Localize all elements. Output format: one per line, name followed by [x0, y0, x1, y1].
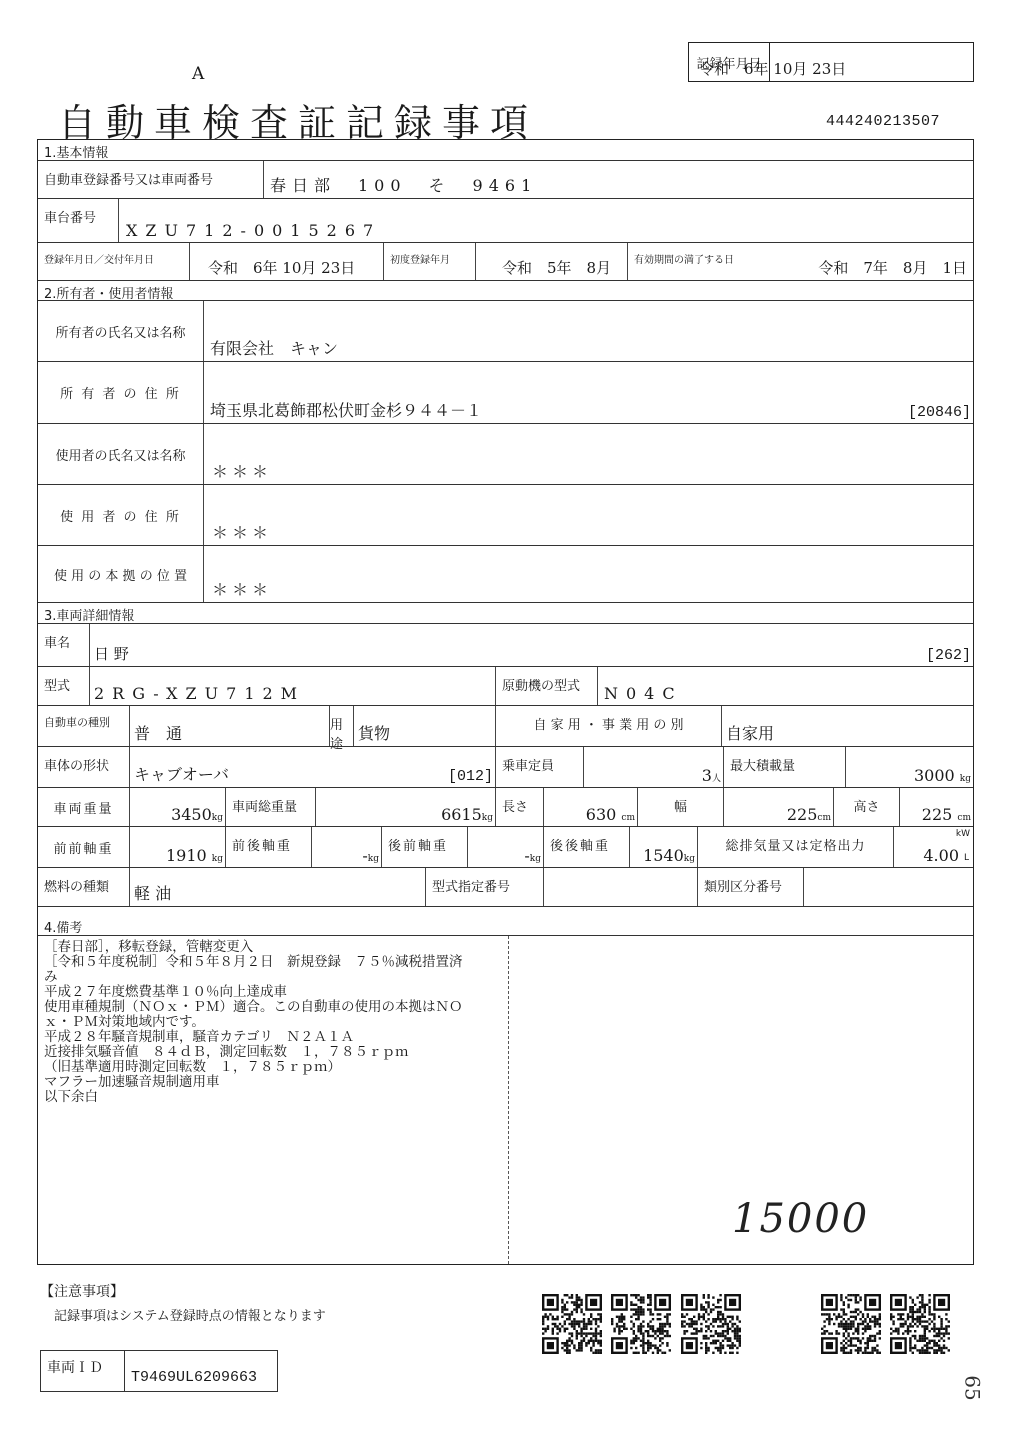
type-designation-cell — [544, 868, 698, 906]
first-registration-label: 初度登録年月 — [384, 243, 476, 280]
length-label: 長さ — [496, 788, 544, 826]
vehicle-name-label: 車名 — [38, 624, 90, 666]
user-name-value: ＊＊＊ — [212, 459, 272, 482]
remark-line: 平成２８年騒音規制車，騒音カテゴリ Ｎ２Ａ１Ａ — [44, 1030, 506, 1045]
purpose-cell: 貨物 — [354, 706, 496, 746]
length-cell: 630 cm — [544, 788, 638, 826]
ff-axle-value: 1910 kg — [166, 846, 223, 865]
dates-row: 登録年月日／交付年月日 令和 6年 10月 23日 初度登録年月 令和 5年 8… — [38, 243, 973, 281]
length-number: 630 — [586, 805, 617, 824]
vehicle-id-box: 車両ＩＤ T9469UL6209663 — [40, 1350, 278, 1392]
fr-axle-value: -kg — [362, 846, 379, 865]
body-shape-code: [012] — [448, 768, 493, 785]
remark-line: 使用車種規制（ＮＯｘ・ＰＭ）適合。この自動車の使用の本拠はＮＯ — [44, 1000, 506, 1015]
qr-code-icon — [890, 1294, 950, 1354]
max-load-value: 3000 kg — [914, 766, 971, 785]
model-label: 型式 — [38, 667, 90, 705]
vehicle-name-row: 車名 日 野 [262] — [38, 624, 973, 667]
gross-weight-cell: 6615kg — [316, 788, 496, 826]
inspection-record-form: 1.基本情報 自動車登録番号又は車両番号 春日部 100 そ 9461 車台番号… — [37, 139, 974, 1265]
owner-address-label: 所 有 者 の 住 所 — [38, 362, 204, 423]
user-address-value: ＊＊＊ — [212, 520, 272, 543]
width-label: 幅 — [638, 788, 724, 826]
section-3-header: 3.車両詳細情報 — [38, 603, 973, 624]
model-value: 2RG-XZU712M — [94, 684, 305, 703]
vehicle-id-value: T9469UL6209663 — [125, 1351, 277, 1391]
max-load-unit: kg — [960, 774, 971, 784]
gross-weight-value: 6615kg — [441, 805, 493, 824]
handwritten-price-note: 15000 — [732, 1196, 869, 1242]
expiry-label: 有効期間の満了する日 — [628, 243, 778, 280]
vehicle-weight-cell: 3450kg — [130, 788, 226, 826]
owner-address-row: 所 有 者 の 住 所 埼玉県北葛飾郡松伏町金杉９４４－１ [20846] — [38, 362, 973, 424]
height-value: 225 cm — [922, 805, 971, 824]
rr-axle-cell: 1540kg — [630, 827, 698, 867]
model-row: 型式 2RG-XZU712M 原動機の型式 N04C — [38, 667, 973, 706]
remark-line: み — [44, 970, 506, 985]
body-shape-cell: キャブオーバ [012] — [130, 747, 496, 787]
width-value: 225cm — [787, 805, 831, 824]
remark-line: （旧基準適用時測定回転数 １，７８５ｒｐｍ） — [44, 1060, 506, 1075]
private-business-label: 自 家 用 ・ 事 業 用 の 別 — [496, 706, 722, 746]
capacity-label: 乗車定員 — [496, 747, 584, 787]
registration-number-row: 自動車登録番号又は車両番号 春日部 100 そ 9461 — [38, 161, 973, 199]
gross-weight-number: 6615 — [441, 805, 482, 824]
ff-axle-cell: 1910 kg — [130, 827, 226, 867]
registration-date-cell: 令和 6年 10月 23日 — [190, 243, 384, 280]
section-1-heading: 1.基本情報 — [38, 140, 973, 161]
owner-name-value: 有限会社 キャン — [210, 336, 338, 359]
base-location-row: 使 用 の 本 拠 の 位 置 ＊＊＊ — [38, 546, 973, 603]
record-date-value: 令和 6年 10月 23日 — [689, 44, 846, 79]
owner-address-code: [20846] — [908, 404, 971, 421]
registration-number-value: 春日部 100 そ 9461 — [270, 173, 537, 196]
chassis-number-row: 車台番号 XZU712-0015267 — [38, 199, 973, 243]
cm-unit: cm — [621, 813, 635, 823]
vehicle-type-value: 普 通 — [134, 721, 182, 744]
section-4-header: 4.備考 — [38, 907, 973, 936]
vehicle-id-label: 車両ＩＤ — [41, 1351, 125, 1391]
owner-address-value: 埼玉県北葛飾郡松伏町金杉９４４－１ — [210, 398, 482, 421]
purpose-label: 用途 — [330, 706, 354, 746]
rf-axle-cell: -kg — [468, 827, 544, 867]
remark-line: 以下余白 — [44, 1090, 506, 1105]
kg-unit: kg — [482, 813, 493, 823]
remarks-list: ［春日部］，移転登録，管轄変更入［令和５年度税制］令和５年８月２日 新規登録 ７… — [44, 940, 506, 1105]
user-name-row: 使用者の氏名又は名称 ＊＊＊ — [38, 424, 973, 485]
purpose-value: 貨物 — [358, 721, 390, 744]
axle-weight-row: 前前軸重 1910 kg 前後軸重 -kg 後前軸重 -kg 後後軸重 1540… — [38, 827, 973, 868]
first-registration-cell: 令和 5年 8月 — [476, 243, 628, 280]
private-business-value: 自家用 — [726, 721, 774, 744]
height-number: 225 — [922, 805, 953, 824]
remark-line: ［春日部］，移転登録，管轄変更入 — [44, 940, 506, 955]
model-cell: 2RG-XZU712M — [90, 667, 496, 705]
remark-line: 近接排気騒音値 ８４ｄＢ，測定回転数 １，７８５ｒｐｍ — [44, 1045, 506, 1060]
engine-model-label: 原動機の型式 — [496, 667, 598, 705]
vehicle-type-cell: 普 通 — [130, 706, 330, 746]
capacity-number: 3 — [702, 766, 712, 785]
vehicle-name-value: 日 野 — [94, 643, 129, 664]
engine-model-value: N04C — [604, 684, 683, 703]
max-load-number: 3000 — [914, 766, 955, 785]
rr-axle-value: 1540kg — [643, 846, 695, 865]
capacity-cell: 3人 — [584, 747, 724, 787]
kg-unit: kg — [530, 854, 541, 864]
max-load-label: 最大積載量 — [724, 747, 846, 787]
displacement-value: 4.00 — [923, 846, 959, 865]
fuel-label: 燃料の種類 — [38, 868, 130, 906]
remarks-divider — [508, 936, 509, 1264]
base-location-value: ＊＊＊ — [212, 577, 272, 600]
displacement-unit-kw: kW — [956, 829, 970, 839]
capacity-value: 3人 — [702, 766, 721, 785]
expiry-date-value: 令和 7年 8月 1日 — [818, 257, 967, 278]
user-address-label: 使 用 者 の 住 所 — [38, 485, 204, 545]
displacement-unit-l: L — [964, 853, 969, 863]
registration-number-label: 自動車登録番号又は車両番号 — [38, 161, 264, 198]
vehicle-weight-number: 3450 — [171, 805, 212, 824]
remark-line: 平成２７年度燃費基準１０％向上達成車 — [44, 985, 506, 1000]
kg-unit: kg — [212, 854, 223, 864]
cm-unit: cm — [817, 813, 831, 823]
rf-axle-value: -kg — [524, 846, 541, 865]
category-number-label: 類別区分番号 — [698, 868, 804, 906]
body-shape-row: 車体の形状 キャブオーバ [012] 乗車定員 3人 最大積載量 3000 kg — [38, 747, 973, 788]
section-4-heading: 4.備考 — [38, 907, 973, 936]
remark-line: ［令和５年度税制］令和５年８月２日 新規登録 ７５％減税措置済 — [44, 955, 506, 970]
chassis-number-value: XZU712-0015267 — [126, 221, 381, 240]
width-number: 225 — [787, 805, 818, 824]
qr-code-icon — [542, 1294, 602, 1354]
section-2-heading: 2.所有者・使用者情報 — [38, 281, 973, 302]
section-2-header: 2.所有者・使用者情報 — [38, 281, 973, 301]
fuel-row: 燃料の種類 軽 油 型式指定番号 類別区分番号 — [38, 868, 973, 907]
qr-code-icon — [611, 1294, 671, 1354]
kg-unit: kg — [212, 813, 223, 823]
fr-axle-label: 前後軸重 — [226, 827, 312, 867]
qr-code-icon — [681, 1294, 741, 1354]
notice-text: 記録事項はシステム登録時点の情報となります — [54, 1305, 326, 1324]
chassis-number-label: 車台番号 — [38, 199, 119, 242]
ff-axle-label: 前前軸重 — [38, 827, 130, 867]
fuel-cell: 軽 油 — [130, 868, 426, 906]
first-registration-value: 令和 5年 8月 — [502, 257, 611, 278]
rr-axle-number: 1540 — [643, 846, 684, 865]
base-location-label: 使 用 の 本 拠 の 位 置 — [38, 546, 204, 602]
capacity-unit: 人 — [712, 774, 721, 784]
qr-code-icon — [821, 1294, 881, 1354]
owner-name-row: 所有者の氏名又は名称 有限会社 キャン — [38, 301, 973, 362]
margin-handwritten-mark: 65 — [961, 1375, 985, 1400]
section-3-heading: 3.車両詳細情報 — [38, 603, 973, 624]
cm-unit: cm — [957, 813, 971, 823]
type-designation-label: 型式指定番号 — [426, 868, 544, 906]
vehicle-name-code: [262] — [926, 647, 971, 664]
vehicle-type-row: 自動車の種別 普 通 用途 貨物 自 家 用 ・ 事 業 用 の 別 自家用 — [38, 706, 973, 747]
registration-date-value: 令和 6年 10月 23日 — [208, 257, 355, 278]
vehicle-weight-value: 3450kg — [171, 805, 223, 824]
remark-line: ｘ・ＰＭ対策地域内です。 — [44, 1015, 506, 1030]
section-1-header: 1.基本情報 — [38, 140, 973, 161]
rr-axle-label: 後後軸重 — [544, 827, 630, 867]
vehicle-type-label: 自動車の種別 — [38, 706, 130, 746]
vehicle-weight-label: 車両重量 — [38, 788, 130, 826]
corner-mark: A — [192, 64, 204, 84]
fuel-value: 軽 油 — [134, 881, 171, 904]
length-value: 630 cm — [586, 805, 635, 824]
rf-axle-label: 後前軸重 — [382, 827, 468, 867]
height-label: 高さ — [834, 788, 900, 826]
body-shape-value: キャブオーバ — [134, 762, 229, 785]
owner-name-label: 所有者の氏名又は名称 — [38, 301, 204, 361]
record-date-box: 記録年月日 令和 6年 10月 23日 — [688, 42, 974, 82]
user-name-label: 使用者の氏名又は名称 — [38, 424, 204, 484]
remark-line: マフラー加速騒音規制適用車 — [44, 1075, 506, 1090]
notice-title: 【注意事項】 — [40, 1281, 124, 1301]
fr-axle-cell: -kg — [312, 827, 382, 867]
ff-axle-number: 1910 — [166, 846, 207, 865]
kg-unit: kg — [684, 854, 695, 864]
registration-date-label: 登録年月日／交付年月日 — [38, 243, 190, 280]
displacement-label: 総排気量又は定格出力 — [698, 827, 894, 867]
gross-weight-label: 車両総重量 — [226, 788, 316, 826]
body-shape-label: 車体の形状 — [38, 747, 130, 787]
kg-unit: kg — [368, 854, 379, 864]
user-address-row: 使 用 者 の 住 所 ＊＊＊ — [38, 485, 973, 546]
document-number: 444240213507 — [826, 113, 940, 130]
width-cell: 225cm — [724, 788, 834, 826]
dimensions-row: 車両重量 3450kg 車両総重量 6615kg 長さ 630 cm 幅 225… — [38, 788, 973, 827]
